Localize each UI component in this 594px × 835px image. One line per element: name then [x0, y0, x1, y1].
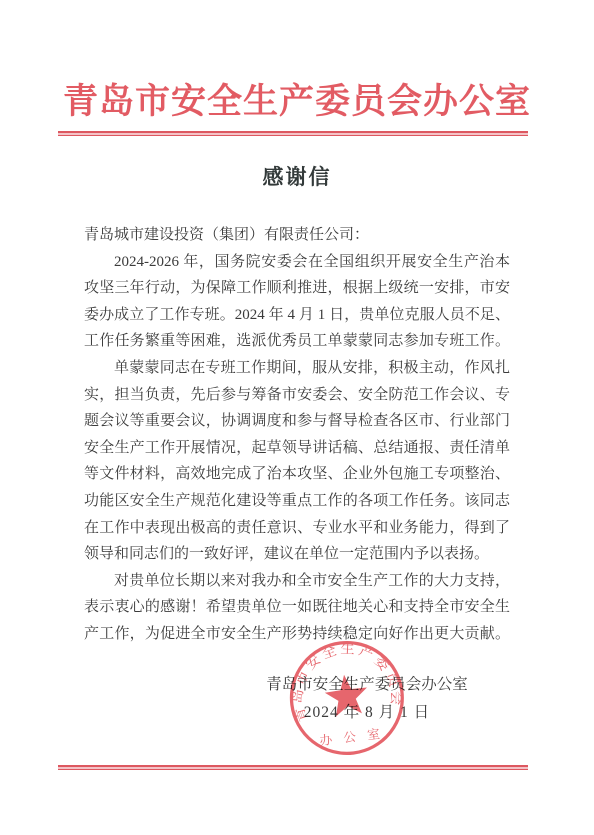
letter-title: 感谢信 — [0, 161, 594, 191]
body-line: 功能区安全生产规范化建设等重点工作的各项工作任务。该同志 — [84, 488, 510, 515]
letter-body: 青岛城市建设投资（集团）有限责任公司： 2024-2026 年，国务院安委会在全… — [84, 222, 510, 648]
seal-star-icon — [323, 672, 370, 717]
body-line: 在工作中表现出极高的责任意识、专业水平和业务能力，得到了 — [84, 515, 510, 542]
letter-page: 青岛市安全生产委员会办公室 感谢信 青岛城市建设投资（集团）有限责任公司： 20… — [0, 0, 594, 835]
document-header-org-name: 青岛市安全生产委员会办公室 — [0, 74, 594, 124]
body-line: 领导和同志们的一致好评，建议在单位一定范围内予以表扬。 — [84, 541, 510, 568]
footer-double-rule — [58, 765, 528, 770]
body-line: 对贵单位长期以来对我办和全市安全生产工作的大力支持， — [84, 568, 510, 595]
header-double-rule — [58, 131, 528, 136]
body-line: 题会议等重要会议，协调调度和参与督导检查各区市、行业部门 — [84, 408, 510, 435]
body-line: 工作任务繁重等困难，选派优秀员工单蒙蒙同志参加专班工作。 — [84, 328, 510, 355]
body-line: 安全生产工作开展情况，起草领导讲话稿、总结通报、责任清单 — [84, 435, 510, 462]
body-line: 产工作，为促进全市安全生产形势持续稳定向好作出更大贡献。 — [84, 621, 510, 648]
body-line: 表示衷心的感谢！希望贵单位一如既往地关心和支持全市安全生 — [84, 594, 510, 621]
body-line: 攻坚三年行动，为保障工作顺利推进，根据上级统一安排，市安 — [84, 275, 510, 302]
body-line: 实，担当负责，先后参与筹备市安委会、安全防范工作会议、专 — [84, 382, 510, 409]
body-line: 2024-2026 年，国务院安委会在全国组织开展安全生产治本 — [84, 249, 510, 276]
official-seal: 青岛市安全生产委员会 办 公 室 — [278, 632, 416, 766]
body-line: 等文件材料，高效地完成了治本攻坚、企业外包施工专项整治、 — [84, 461, 510, 488]
body-line: 单蒙蒙同志在专班工作期间，服从安排，积极主动，作风扎 — [84, 355, 510, 382]
salutation-line: 青岛城市建设投资（集团）有限责任公司： — [84, 222, 510, 249]
body-line: 委办成立了工作专班。2024 年 4 月 1 日，贵单位克服人员不足、 — [84, 302, 510, 329]
